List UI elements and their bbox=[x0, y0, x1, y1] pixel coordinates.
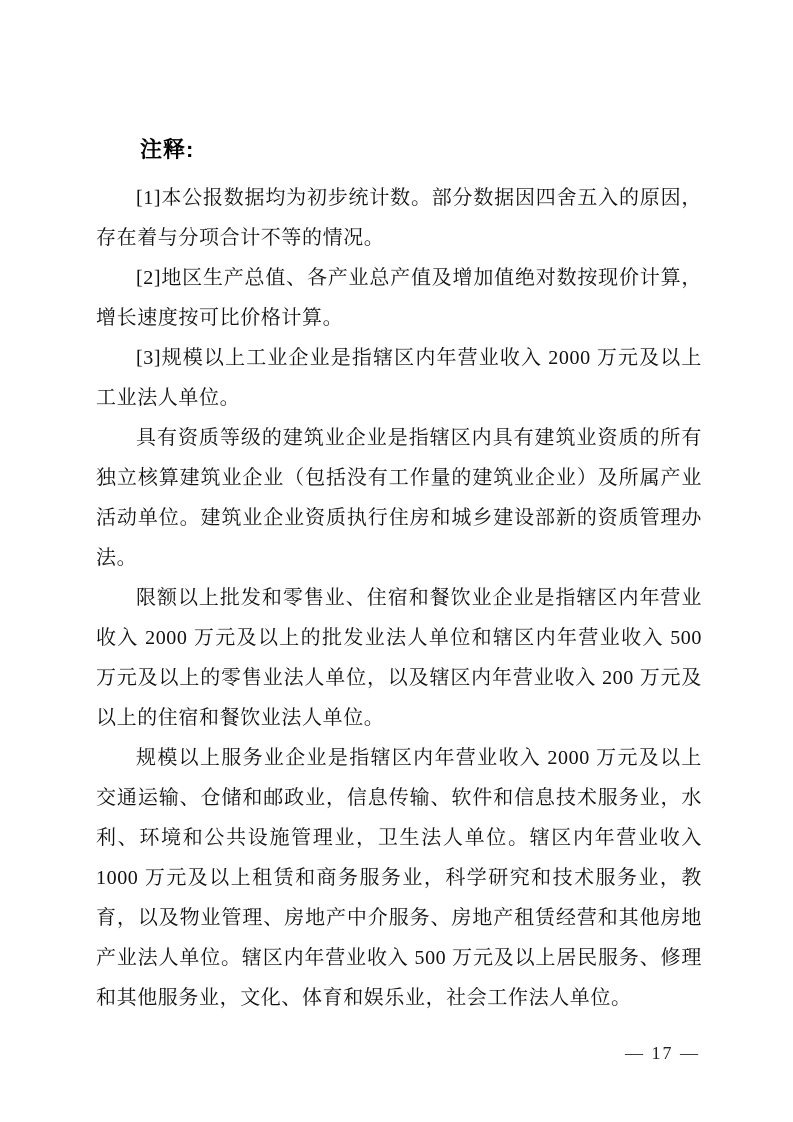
notes-section: 注释: [1]本公报数据均为初步统计数。部分数据因四舍五入的原因，存在着与分项合… bbox=[96, 130, 702, 1018]
page-number: — 17 — bbox=[625, 1043, 700, 1064]
note-paragraph-2: [2]地区生产总值、各产业总产值及增加值绝对数按现价计算，增长速度按可比价格计算… bbox=[96, 258, 702, 338]
note-paragraph-4: 具有资质等级的建筑业企业是指辖区内具有建筑业资质的所有独立核算建筑业企业（包括没… bbox=[96, 418, 702, 578]
note-paragraph-6: 规模以上服务业企业是指辖区内年营业收入 2000 万元及以上交通运输、仓储和邮政… bbox=[96, 738, 702, 1018]
note-paragraph-1: [1]本公报数据均为初步统计数。部分数据因四舍五入的原因，存在着与分项合计不等的… bbox=[96, 178, 702, 258]
document-page: 注释: [1]本公报数据均为初步统计数。部分数据因四舍五入的原因，存在着与分项合… bbox=[0, 0, 793, 1122]
note-paragraph-5: 限额以上批发和零售业、住宿和餐饮业企业是指辖区内年营业收入 2000 万元及以上… bbox=[96, 578, 702, 738]
notes-heading: 注释: bbox=[96, 130, 702, 170]
note-paragraph-3: [3]规模以上工业企业是指辖区内年营业收入 2000 万元及以上工业法人单位。 bbox=[96, 338, 702, 418]
